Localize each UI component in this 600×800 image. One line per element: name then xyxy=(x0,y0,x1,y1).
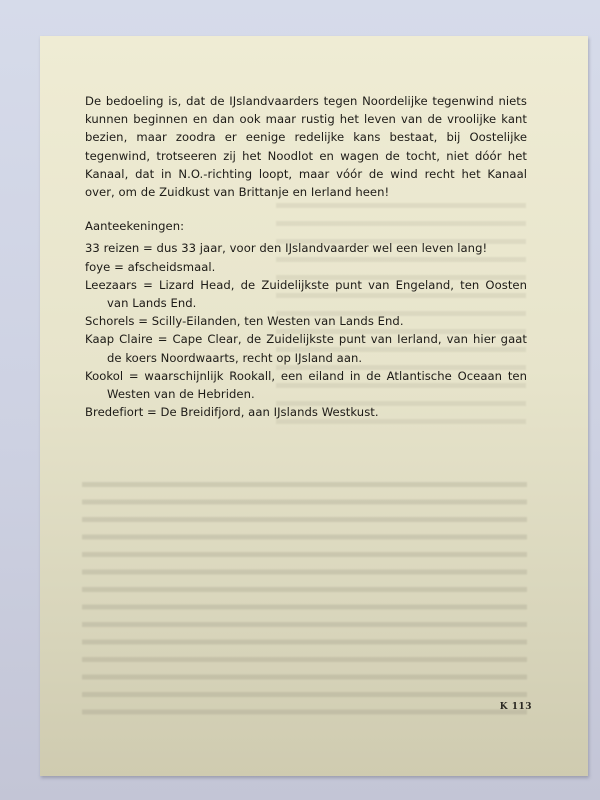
note-item: Kaap Claire = Cape Clear, de Zuidelijkst… xyxy=(85,330,527,366)
note-item: Schorels = Scilly-Eilanden, ten Westen v… xyxy=(85,312,527,330)
note-item: Kookol = waarschijnlijk Rookall, een eil… xyxy=(85,367,527,403)
page-body: De bedoeling is, dat de IJslandvaarders … xyxy=(85,92,527,421)
reverse-side-show-through xyxy=(82,476,527,726)
note-item: 33 reizen = dus 33 jaar, voor den IJslan… xyxy=(85,239,527,257)
document-page: De bedoeling is, dat de IJslandvaarders … xyxy=(40,36,588,776)
note-item: foye = afscheidsmaal. xyxy=(85,258,527,276)
notes-list: 33 reizen = dus 33 jaar, voor den IJslan… xyxy=(85,239,527,421)
main-paragraph: De bedoeling is, dat de IJslandvaarders … xyxy=(85,92,527,201)
notes-heading: Aanteekeningen: xyxy=(85,217,527,235)
note-item: Bredefiort = De Breidifjord, aan IJsland… xyxy=(85,403,527,421)
page-number: K 113 xyxy=(500,702,532,712)
note-item: Leezaars = Lizard Head, de Zuidelijkste … xyxy=(85,276,527,312)
